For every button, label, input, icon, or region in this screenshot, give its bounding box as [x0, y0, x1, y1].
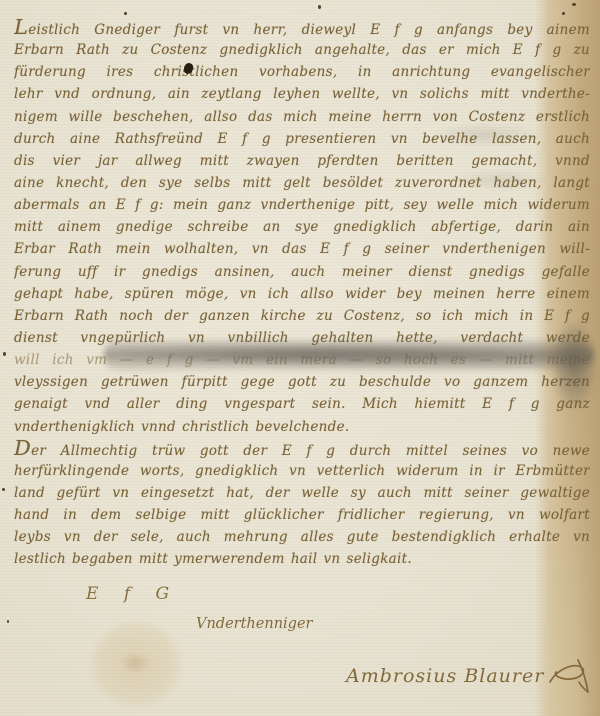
letter-line: vleyssigen getrüwen fürpitt gege gott zu…: [14, 371, 590, 393]
signature-flourish-icon: [548, 656, 592, 696]
letter-line: Der Allmechtig trüw gott der E f g durch…: [14, 438, 590, 460]
letter-line: leybs vn der sele, auch mehrung alles gu…: [14, 526, 590, 548]
signature-row: Ambrosius Blaurer: [346, 656, 592, 696]
letter-line: Leistlich Gnediger furst vn herr, diewey…: [14, 17, 590, 39]
ink-speck: [124, 12, 127, 15]
ink-smudge: [104, 340, 594, 370]
letter-line: hand in dem selbige mitt glücklicher fri…: [14, 504, 590, 526]
letter-line: Erbarn Rath zu Costenz gnedigklich angeh…: [14, 39, 590, 61]
letter-line: herfürklingende worts, gnedigklich vn ve…: [14, 460, 590, 482]
letter-line: aine knecht, den sye selbs mitt gelt bes…: [14, 172, 590, 194]
signature: Ambrosius Blaurer: [346, 665, 544, 687]
letter-line: Erbarn Rath noch der ganzen kirche zu Co…: [14, 305, 590, 327]
letter-line: abermals an E f g: mein ganz vnderthenig…: [14, 194, 590, 216]
ink-speck: [7, 620, 9, 623]
ink-smudge-edge: [552, 322, 596, 408]
letter-line: land gefürt vn eingesetzt hat, der welle…: [14, 482, 590, 504]
letter-line: gehapt habe, spüren möge, vn ich allso w…: [14, 283, 590, 305]
letter-line: vnderthenigklich vnnd christlich bevelch…: [14, 416, 590, 438]
letter-line: lestlich begaben mitt ymerwerendem hail …: [14, 548, 590, 570]
letter-line: ferung uff ir gnedigs ansinen, auch mein…: [14, 261, 590, 283]
letter-line: lehr vnd ordnung, ain zeytlang leyhen we…: [14, 83, 590, 105]
manuscript-page: Leistlich Gnediger furst vn herr, diewey…: [0, 0, 600, 716]
ink-speck: [2, 488, 5, 491]
valediction: Vnderthenniger: [196, 616, 312, 632]
letter-line: mitt ainem gnedige schreibe an sye gnedi…: [14, 216, 590, 238]
ink-speck: [3, 352, 6, 356]
paper-stain: [120, 652, 150, 674]
letter-line: nigem wille beschehen, allso das mich me…: [14, 106, 590, 128]
letter-line: Erbar Rath mein wolhalten, vn das E f g …: [14, 238, 590, 260]
closing-initials: E f G: [86, 584, 179, 604]
letter-body: Leistlich Gnediger furst vn herr, diewey…: [14, 17, 590, 571]
letter-line: fürderung ires christlichen vorhabens, i…: [14, 61, 590, 83]
letter-line: durch aine Rathsfreünd E f g presentiere…: [14, 128, 590, 150]
ink-speck: [572, 3, 576, 6]
ink-speck: [562, 12, 565, 15]
letter-line: dis vier jar allweg mitt zwayen pferdten…: [14, 150, 590, 172]
letter-line: genaigt vnd aller ding vngespart sein. M…: [14, 393, 590, 415]
ink-speck: [318, 5, 321, 9]
